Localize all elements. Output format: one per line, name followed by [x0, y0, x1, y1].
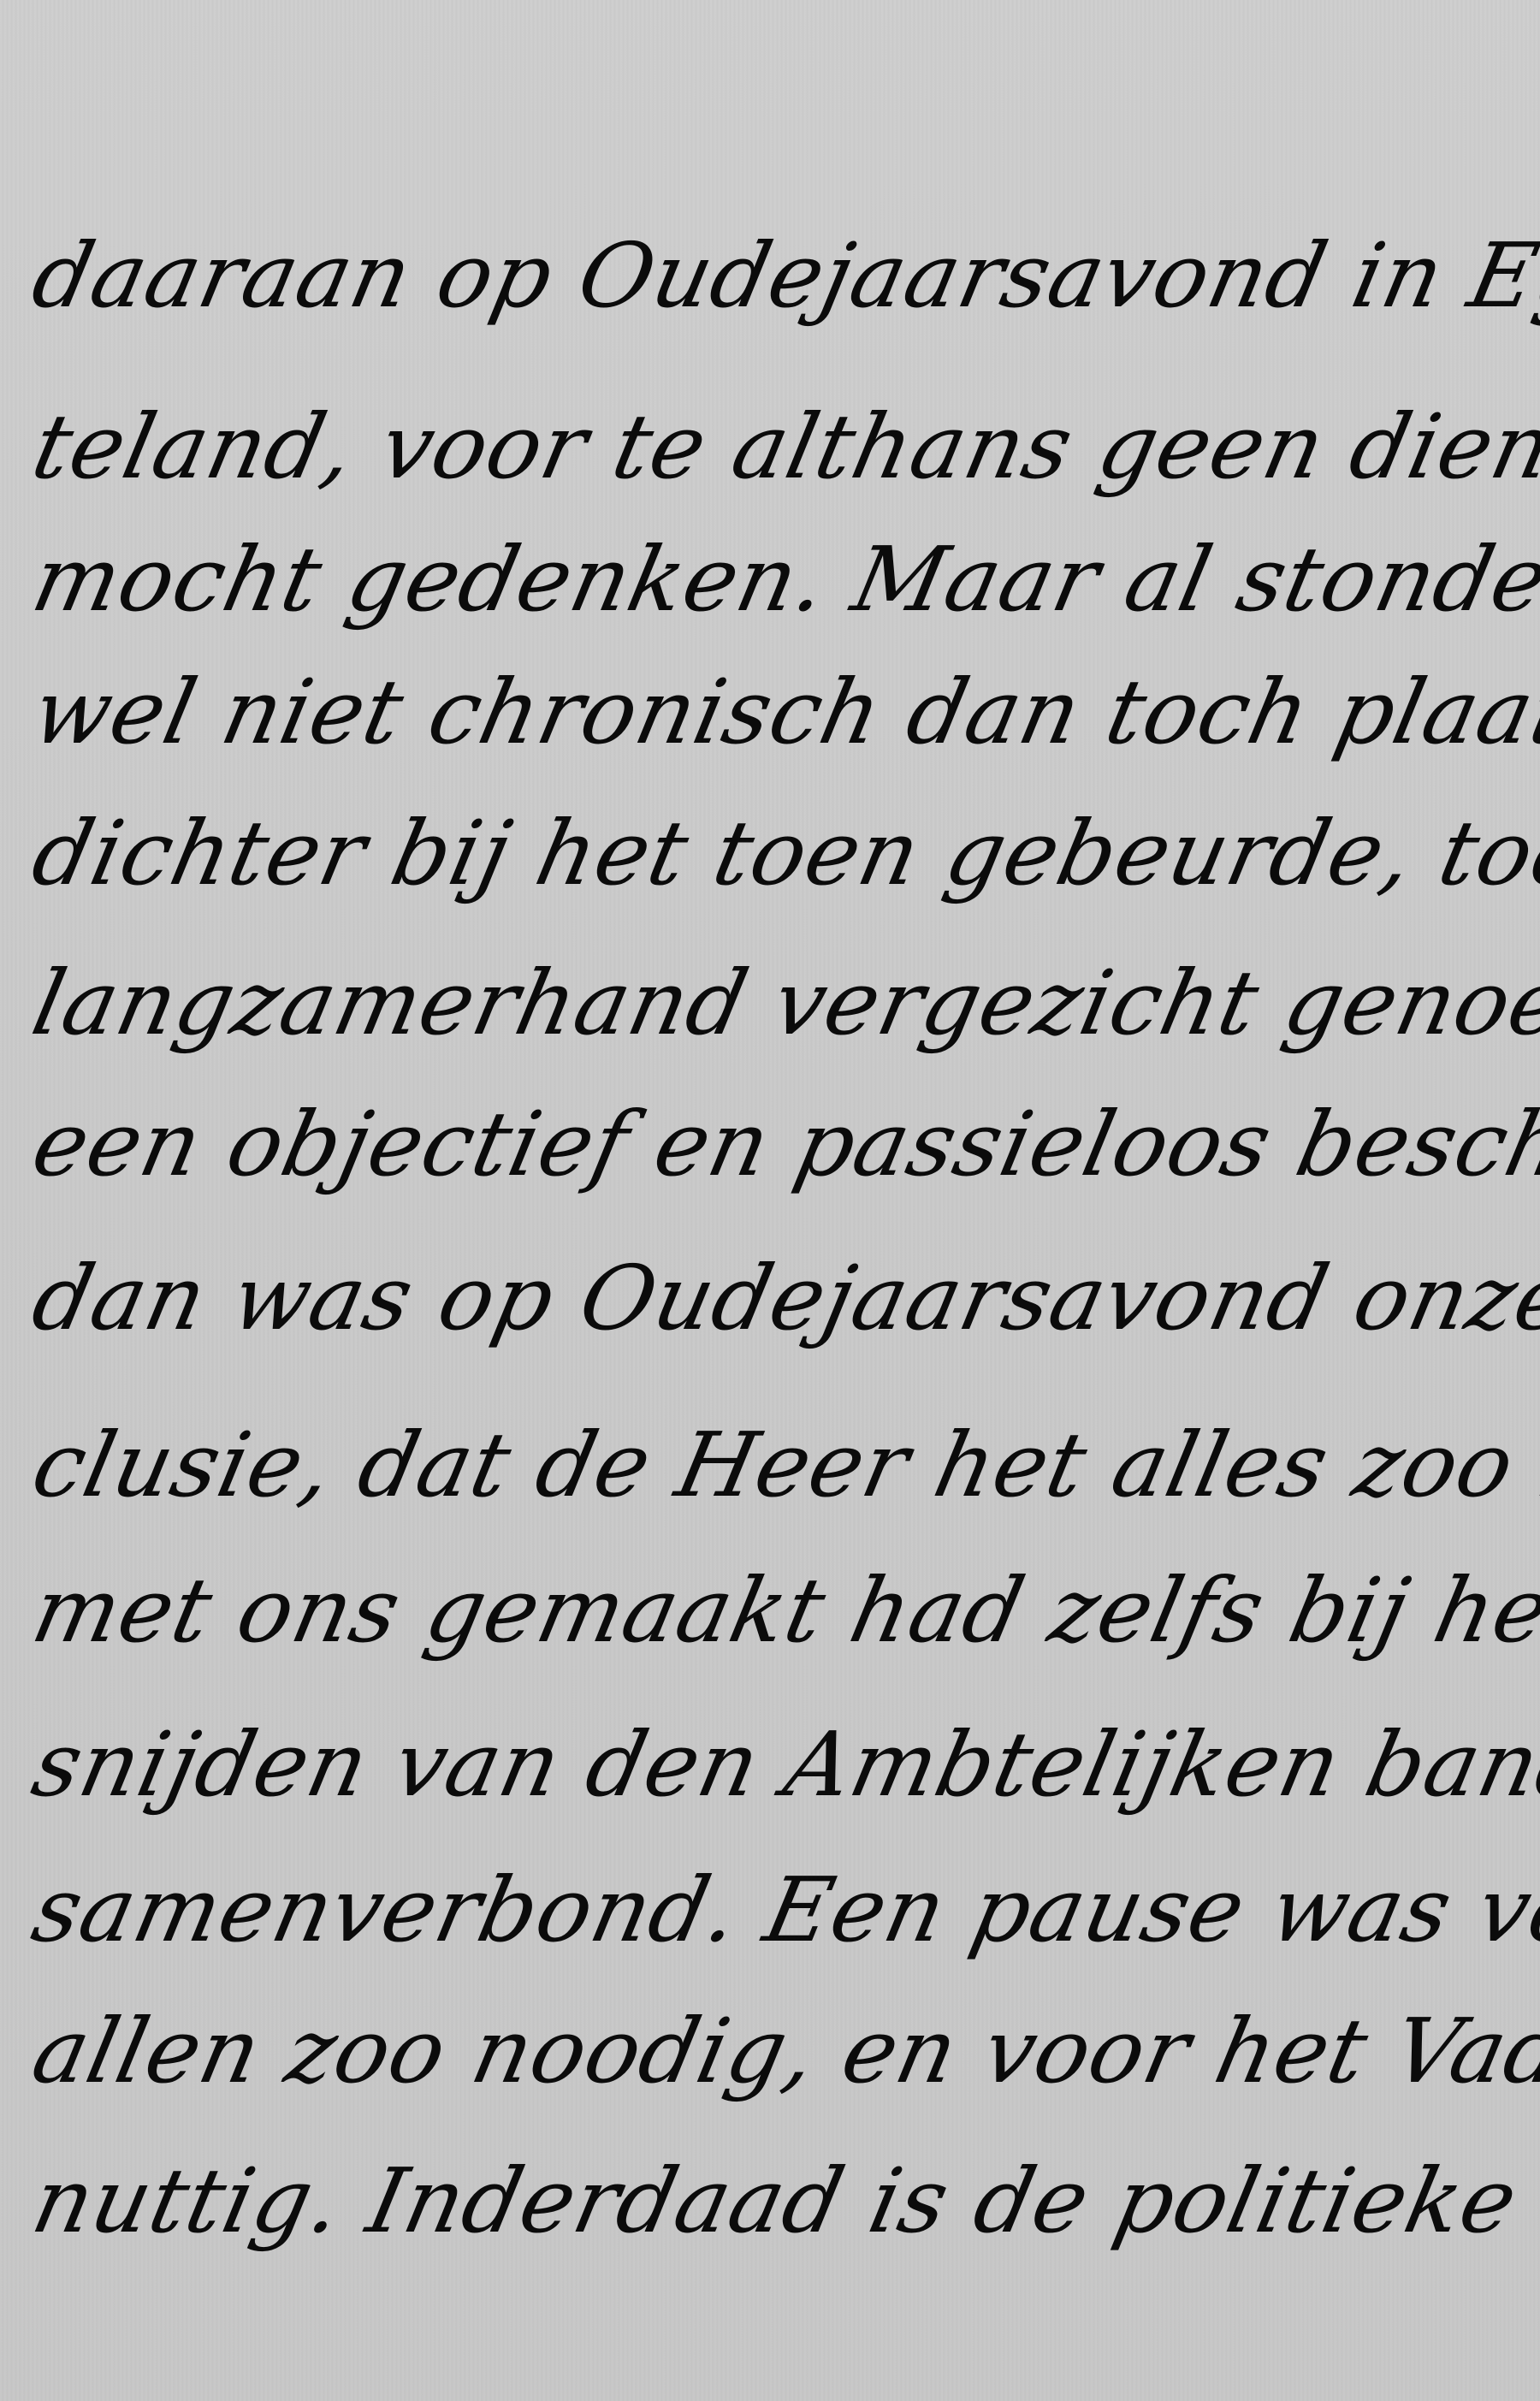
text-line-3: mocht gedenken. Maar al stonden wij	[26, 535, 1540, 624]
text-line-1: daaraan op Oudejaarsavond in Egyp-	[26, 231, 1540, 320]
text-line-12: samenverbond. Een pause was voor ons	[26, 1865, 1540, 1954]
text-line-7: een objectief en passieloos beschouwen. …	[26, 1100, 1540, 1189]
text-line-5: dichter bij het toen gebeurde, toch komt…	[26, 809, 1540, 898]
text-line-10: met ons gemaakt had zelfs bij het af-	[26, 1566, 1540, 1655]
text-line-4: wel niet chronisch dan toch plaatselijk	[26, 667, 1540, 756]
handwritten-page: daaraan op Oudejaarsavond in Egyp- telan…	[0, 0, 1540, 2401]
text-line-6: langzamerhand vergezicht genoeg voor	[26, 958, 1540, 1047]
text-line-9: clusie, dat de Heer het alles zoo heel w…	[26, 1420, 1540, 1509]
text-line-11: snijden van den Ambtelijken band die ons	[26, 1720, 1540, 1809]
text-line-13: allen zoo noodig, en voor het Vaderland	[26, 2007, 1540, 2096]
text-line-8: dan was op Oudejaarsavond onze Con-	[26, 1254, 1540, 1343]
text-line-14: nuttig. Inderdaad is de politieke at-	[26, 2156, 1540, 2245]
text-line-2: teland, voor te althans geen dienst huis…	[26, 402, 1540, 491]
